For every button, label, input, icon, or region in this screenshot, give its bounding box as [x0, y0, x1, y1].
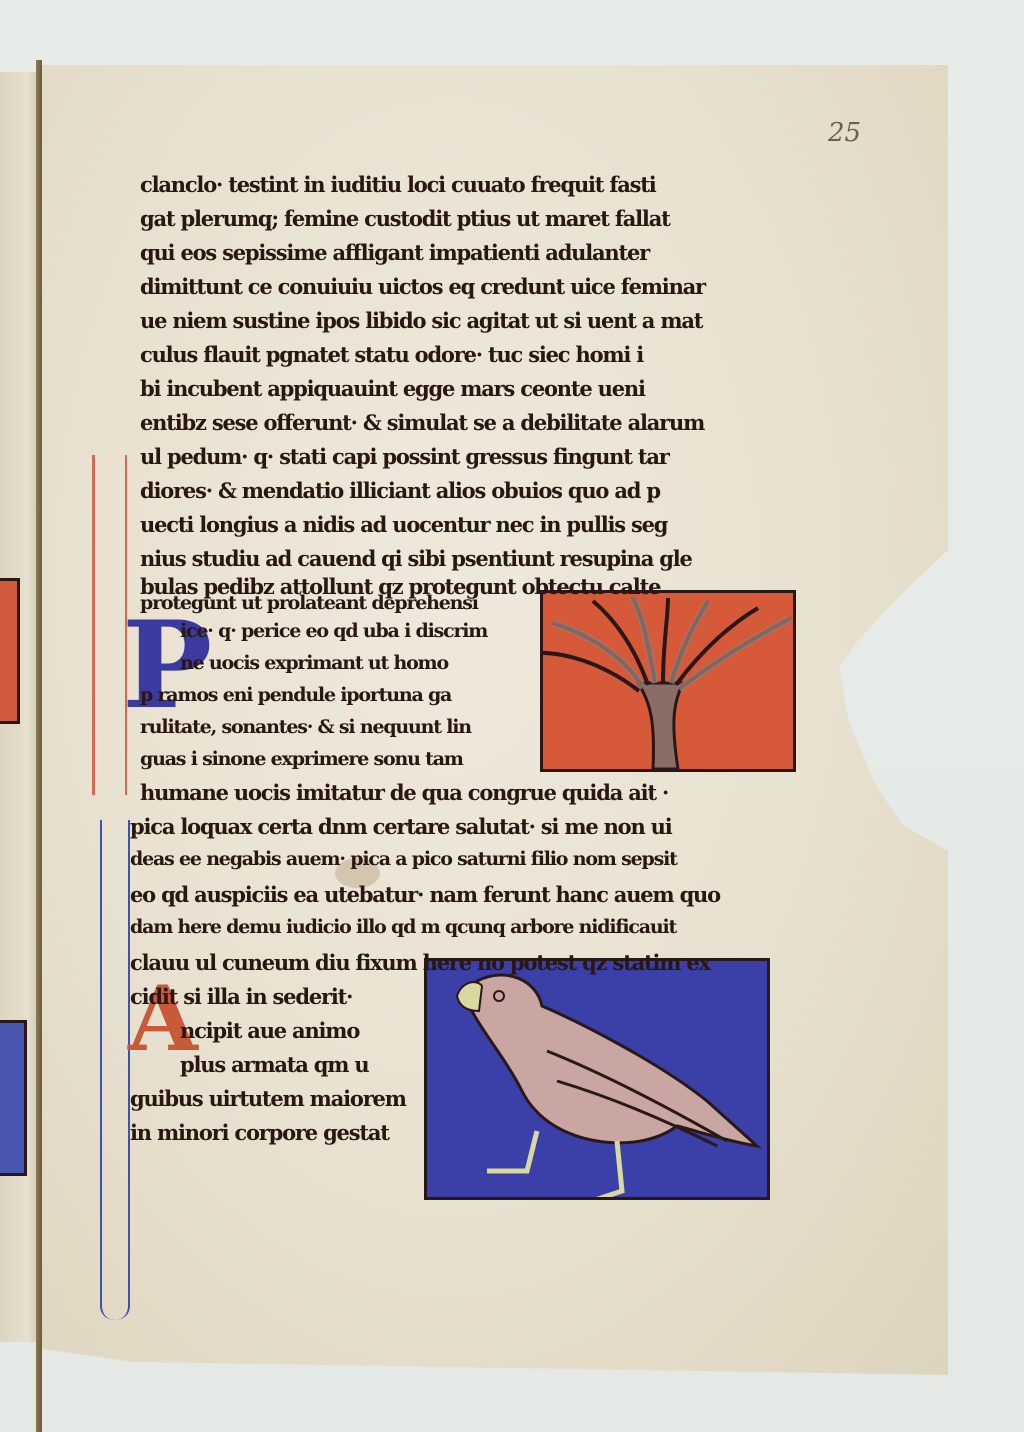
bird-illumination: [424, 958, 770, 1200]
text-line: guibus uirtutem maiorem: [130, 1086, 406, 1111]
text-line: ue niem sustine ipos libido sic agitat u…: [140, 308, 702, 333]
tree-icon: [543, 593, 793, 769]
text-line: deas ee negabis auem· pica a pico saturn…: [130, 848, 677, 870]
blue-penwork-flourish: [100, 820, 130, 1320]
folio-number: 25: [828, 118, 861, 148]
text-line: plus armata qm u: [180, 1052, 368, 1077]
text-line: clauu ul cuneum diu fixum here no potest…: [130, 950, 710, 975]
text-line: diores· & mendatio illiciant alios obuio…: [140, 478, 660, 503]
text-line: humane uocis imitatur de qua congrue qui…: [140, 780, 668, 805]
text-line: pica loquax certa dnm certare salutat· s…: [130, 814, 672, 839]
text-line: rulitate, sonantes· & si nequunt lin: [140, 716, 471, 738]
text-line: ne uocis exprimant ut homo: [180, 652, 448, 674]
text-line: dam here demu iudicio illo qd m qcunq ar…: [130, 916, 676, 938]
text-line: bi incubent appiquauint egge mars ceonte…: [140, 376, 645, 401]
text-line: eo qd auspiciis ea utebatur· nam ferunt …: [130, 882, 720, 907]
text-line: cidit si illa in sederit·: [130, 984, 352, 1009]
text-line: qui eos sepissime affligant impatienti a…: [140, 240, 649, 265]
previous-page-red-miniature: [0, 578, 20, 724]
text-line: p ramos eni pendule iportuna ga: [140, 684, 451, 706]
text-line: ncipit aue animo: [180, 1018, 359, 1043]
binding-spine: [36, 60, 42, 1432]
text-line: uecti longius a nidis ad uocentur nec in…: [140, 512, 667, 537]
text-line: culus flauit pgnatet statu odore· tuc si…: [140, 342, 643, 367]
tree-illumination: [540, 590, 796, 772]
text-line: protegunt ut prolateant deprehensi: [140, 592, 478, 614]
text-line: nius studiu ad cauend qi sibi psentiunt …: [140, 546, 692, 571]
bird-icon: [427, 961, 767, 1197]
text-line: ul pedum· q· stati capi possint gressus …: [140, 444, 669, 469]
text-line: ice· q· perice eo qd uba i discrim: [180, 620, 487, 642]
text-line: guas i sinone exprimere sonu tam: [140, 748, 463, 770]
previous-page-blue-miniature: [0, 1020, 27, 1176]
text-line: gat plerumq; femine custodit ptius ut ma…: [140, 206, 670, 231]
text-line: clanclo· testint in iuditiu loci cuuato …: [140, 172, 656, 197]
text-line: dimittunt ce conuiuiu uictos eq credunt …: [140, 274, 705, 299]
text-line: in minori corpore gestat: [130, 1120, 389, 1145]
text-line: entibz sese offerunt· & simulat se a deb…: [140, 410, 704, 435]
